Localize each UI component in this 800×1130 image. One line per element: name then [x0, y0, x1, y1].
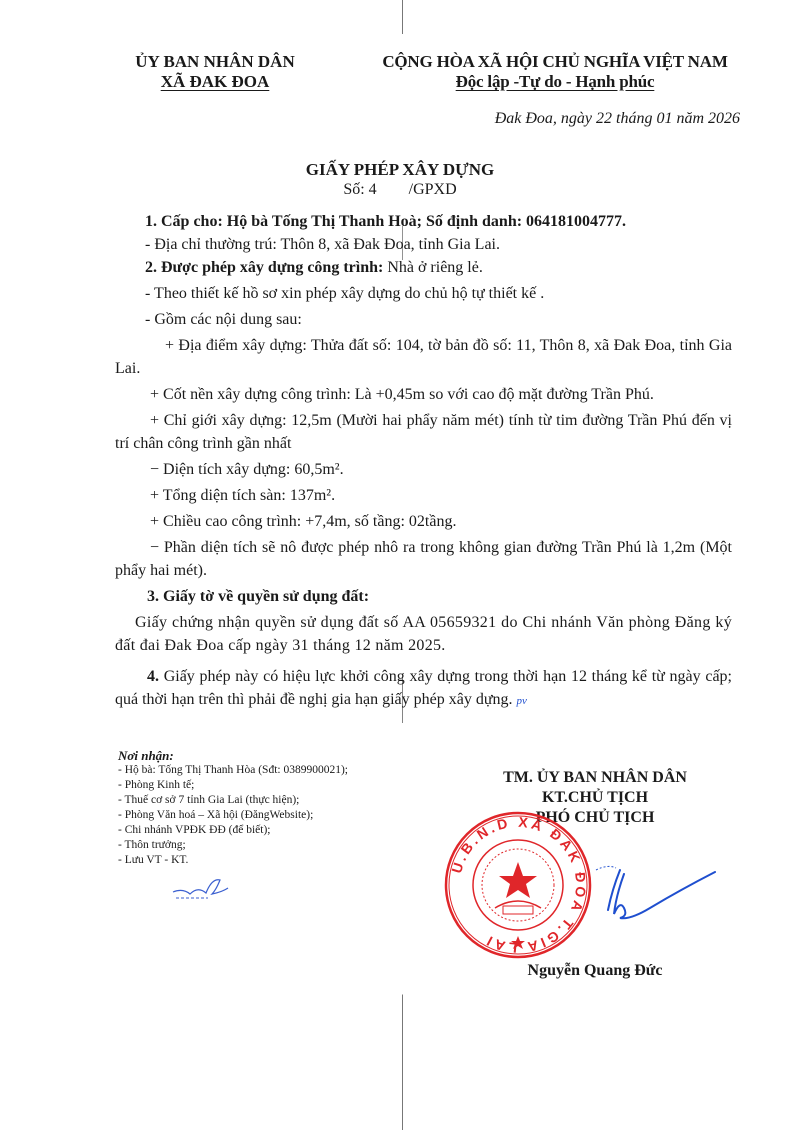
- permit-body: 1. Cấp cho: Hộ bà Tống Thị Thanh Hoà; Số…: [115, 210, 732, 713]
- signer-name: Nguyễn Quang Đức: [470, 962, 720, 980]
- floor-area-item: + Tổng diện tích sàn: 137m².: [115, 484, 732, 507]
- recipient-item: - Thuế cơ sở 7 tỉnh Gia Lai (thực hiện);: [118, 793, 418, 808]
- motto: Độc lập -Tự do - Hạnh phúc: [345, 72, 765, 92]
- authority-line-2: XÃ ĐAK ĐOA: [125, 72, 305, 92]
- official-seal-icon: U.B.N.D XÃ ĐAK ĐOA T.GIA LAI: [443, 810, 593, 960]
- recipients-list: Nơi nhận: - Hộ bà: Tống Thị Thanh Hòa (S…: [118, 748, 418, 868]
- sign-line-2: KT.CHỦ TỊCH: [470, 788, 720, 808]
- sign-line-1: TM. ỦY BAN NHÂN DÂN: [470, 768, 720, 788]
- section-1: 1. Cấp cho: Hộ bà Tống Thị Thanh Hoà; Số…: [115, 210, 732, 233]
- section-3-text: Giấy chứng nhận quyền sử dụng đất số AA …: [115, 611, 732, 657]
- foundation-item: + Cốt nền xây dựng công trình: Là +0,45m…: [115, 383, 732, 406]
- section-1-text: Hộ bà Tống Thị Thanh Hoà; Số định danh: …: [227, 213, 626, 230]
- recipient-item: - Phòng Kinh tế;: [118, 778, 418, 793]
- section-4: 4. Giấy phép này có hiệu lực khởi công x…: [115, 665, 732, 713]
- section-2: 2. Được phép xây dựng công trình: Nhà ở …: [115, 256, 732, 279]
- recipients-heading: Nơi nhận:: [118, 748, 418, 763]
- national-motto: CỘNG HÒA XÃ HỘI CHỦ NGHĨA VIỆT NAM Độc l…: [345, 52, 765, 92]
- section-2-label: 2. Được phép xây dựng công trình:: [145, 259, 383, 276]
- location-item: + Địa điểm xây dựng: Thửa đất số: 104, t…: [115, 334, 732, 380]
- initial-scribble-icon: [168, 872, 238, 902]
- overhang-item: − Phần diện tích sẽ nô được phép nhô ra …: [115, 536, 732, 582]
- build-area-item: − Diện tích xây dựng: 60,5m².: [115, 458, 732, 481]
- design-note: - Theo thiết kế hồ sơ xin phép xây dựng …: [115, 282, 732, 305]
- number-value: 4: [369, 181, 377, 198]
- issue-date: Đak Đoa, ngày 22 tháng 01 năm 2026: [420, 110, 740, 128]
- nation-name: CỘNG HÒA XÃ HỘI CHỦ NGHĨA VIỆT NAM: [345, 52, 765, 72]
- section-4-text: Giấy phép này có hiệu lực khởi công xây …: [115, 668, 732, 708]
- recipient-item-text: - Lưu VT - KT.: [118, 854, 188, 866]
- document-title: GIẤY PHÉP XÂY DỰNG: [180, 160, 620, 180]
- recipient-item: - Thôn trưởng;: [118, 838, 418, 853]
- setback-item: + Chỉ giới xây dựng: 12,5m (Mười hai phẩ…: [115, 409, 732, 455]
- height-item: + Chiều cao công trình: +7,4m, số tầng: …: [115, 510, 732, 533]
- ink-initial-mark: pv: [516, 695, 526, 707]
- handwritten-signature-icon: [590, 860, 720, 930]
- recipient-item: - Hộ bà: Tống Thị Thanh Hòa (Sđt: 038990…: [118, 763, 418, 778]
- recipient-item: - Phòng Văn hoá – Xã hội (ĐăngWebsite);: [118, 808, 418, 823]
- authority-line-1: ỦY BAN NHÂN DÂN: [125, 52, 305, 72]
- number-suffix: /GPXD: [409, 181, 457, 198]
- includes-note: - Gồm các nội dung sau:: [115, 308, 732, 331]
- issuing-authority: ỦY BAN NHÂN DÂN XÃ ĐAK ĐOA: [125, 52, 305, 92]
- recipient-item: - Lưu VT - KT.: [118, 853, 418, 868]
- section-3-label: 3. Giấy tờ về quyền sử dụng đất:: [115, 585, 732, 608]
- permanent-address: - Địa chỉ thường trú: Thôn 8, xã Đak Đoa…: [115, 233, 732, 256]
- number-prefix: Số:: [343, 181, 364, 198]
- section-4-label: 4.: [147, 668, 159, 685]
- section-2-value: Nhà ở riêng lẻ.: [387, 259, 483, 276]
- document-number: Số: 4/GPXD: [180, 181, 620, 199]
- section-1-label: 1. Cấp cho:: [145, 213, 223, 230]
- recipient-item: - Chi nhánh VPĐK ĐĐ (để biết);: [118, 823, 418, 838]
